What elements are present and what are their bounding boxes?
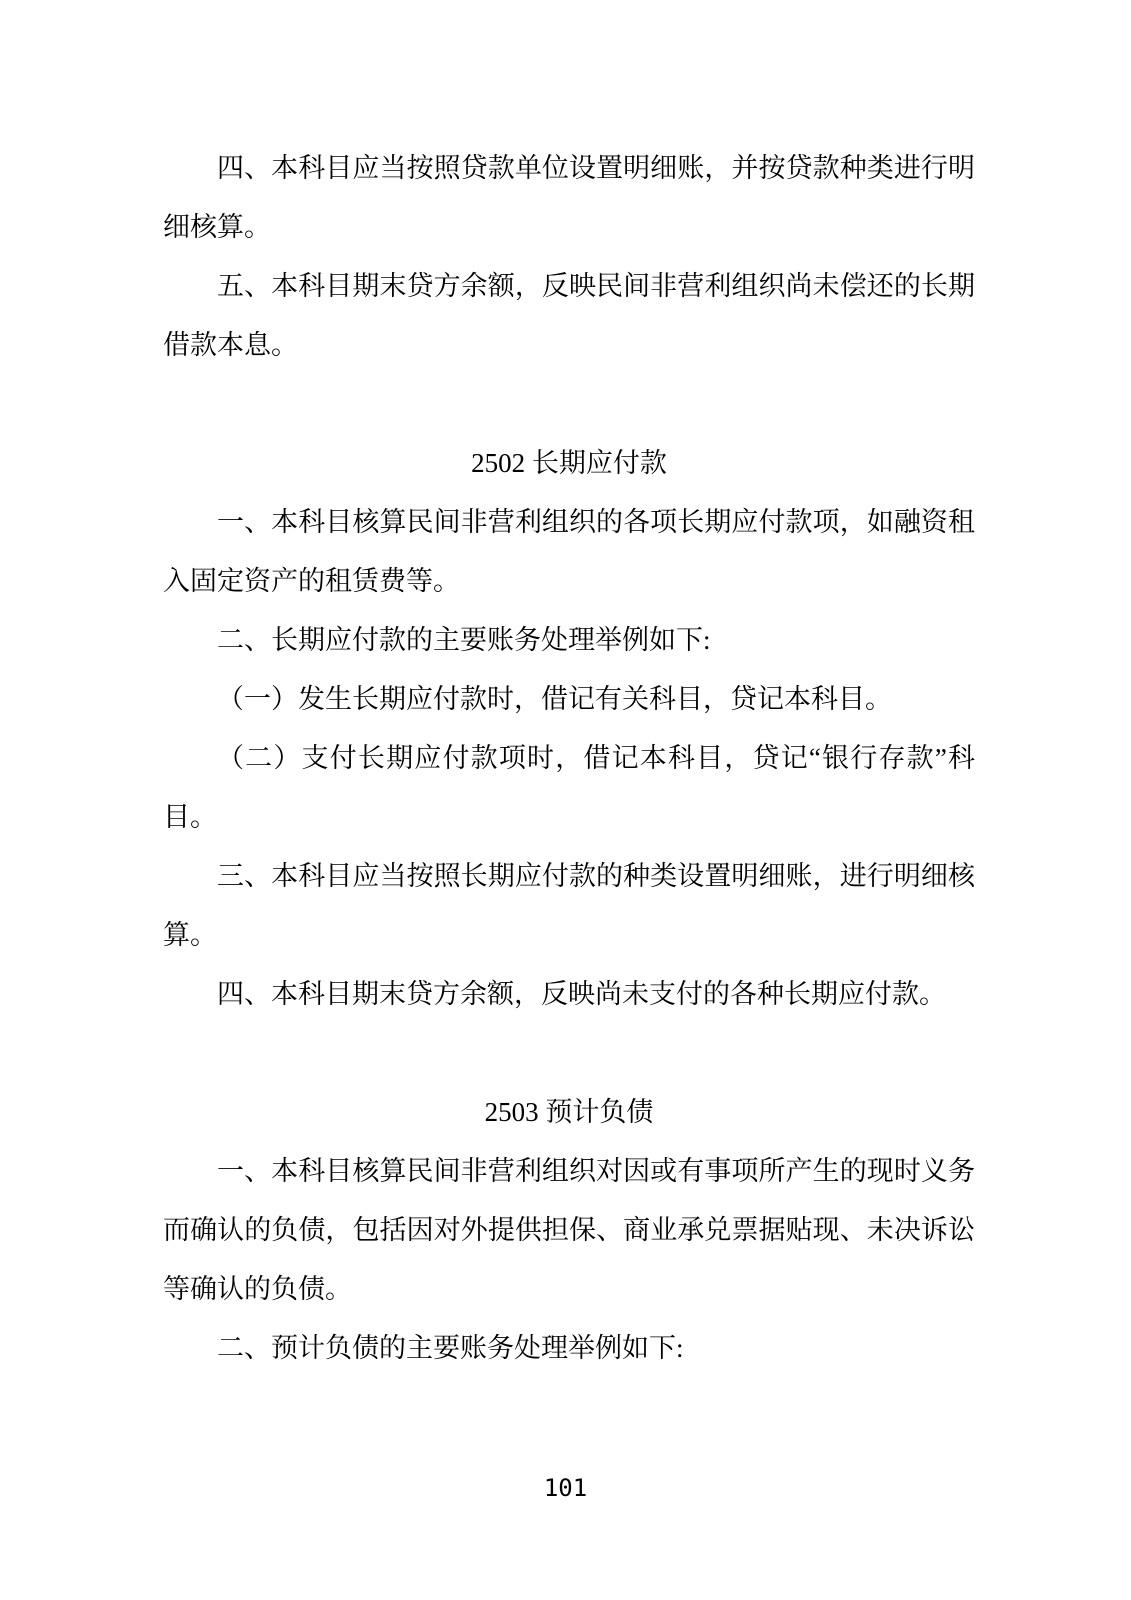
document-page: 四、本科目应当按照贷款单位设置明细账，并按贷款种类进行明细核算。五、本科目期末贷… xyxy=(0,0,1131,1600)
page-number: 101 xyxy=(0,1474,1131,1502)
text-line: 一、本科目核算民间非营利组织对因或有事项所产生的现时义务 xyxy=(163,1142,975,1201)
text-line: 四、本科目应当按照贷款单位设置明细账，并按贷款种类进行明 xyxy=(163,139,975,198)
text-line: 借款本息。 xyxy=(163,316,975,375)
text-line: 四、本科目期末贷方余额，反映尚未支付的各种长期应付款。 xyxy=(163,965,975,1024)
text-line: 目。 xyxy=(163,788,975,847)
text-line: 二、长期应付款的主要账务处理举例如下: xyxy=(163,611,975,670)
section-heading: 2503 预计负债 xyxy=(163,1083,975,1142)
text-line: 入固定资产的租赁费等。 xyxy=(163,552,975,611)
text-line: （一）发生长期应付款时，借记有关科目，贷记本科目。 xyxy=(163,670,975,729)
text-line: 算。 xyxy=(163,906,975,965)
text-line: 三、本科目应当按照长期应付款的种类设置明细账，进行明细核 xyxy=(163,847,975,906)
text-line: 二、预计负债的主要账务处理举例如下: xyxy=(163,1319,975,1378)
text-line: 而确认的负债，包括因对外提供担保、商业承兑票据贴现、未决诉讼 xyxy=(163,1201,975,1260)
text-line: 细核算。 xyxy=(163,198,975,257)
text-line: 等确认的负债。 xyxy=(163,1260,975,1319)
text-line: 一、本科目核算民间非营利组织的各项长期应付款项，如融资租 xyxy=(163,493,975,552)
text-line: （二）支付长期应付款项时，借记本科目，贷记“银行存款”科 xyxy=(163,729,975,788)
section-heading: 2502 长期应付款 xyxy=(163,434,975,493)
document-body: 四、本科目应当按照贷款单位设置明细账，并按贷款种类进行明细核算。五、本科目期末贷… xyxy=(163,139,975,1378)
text-line: 五、本科目期末贷方余额，反映民间非营利组织尚未偿还的长期 xyxy=(163,257,975,316)
